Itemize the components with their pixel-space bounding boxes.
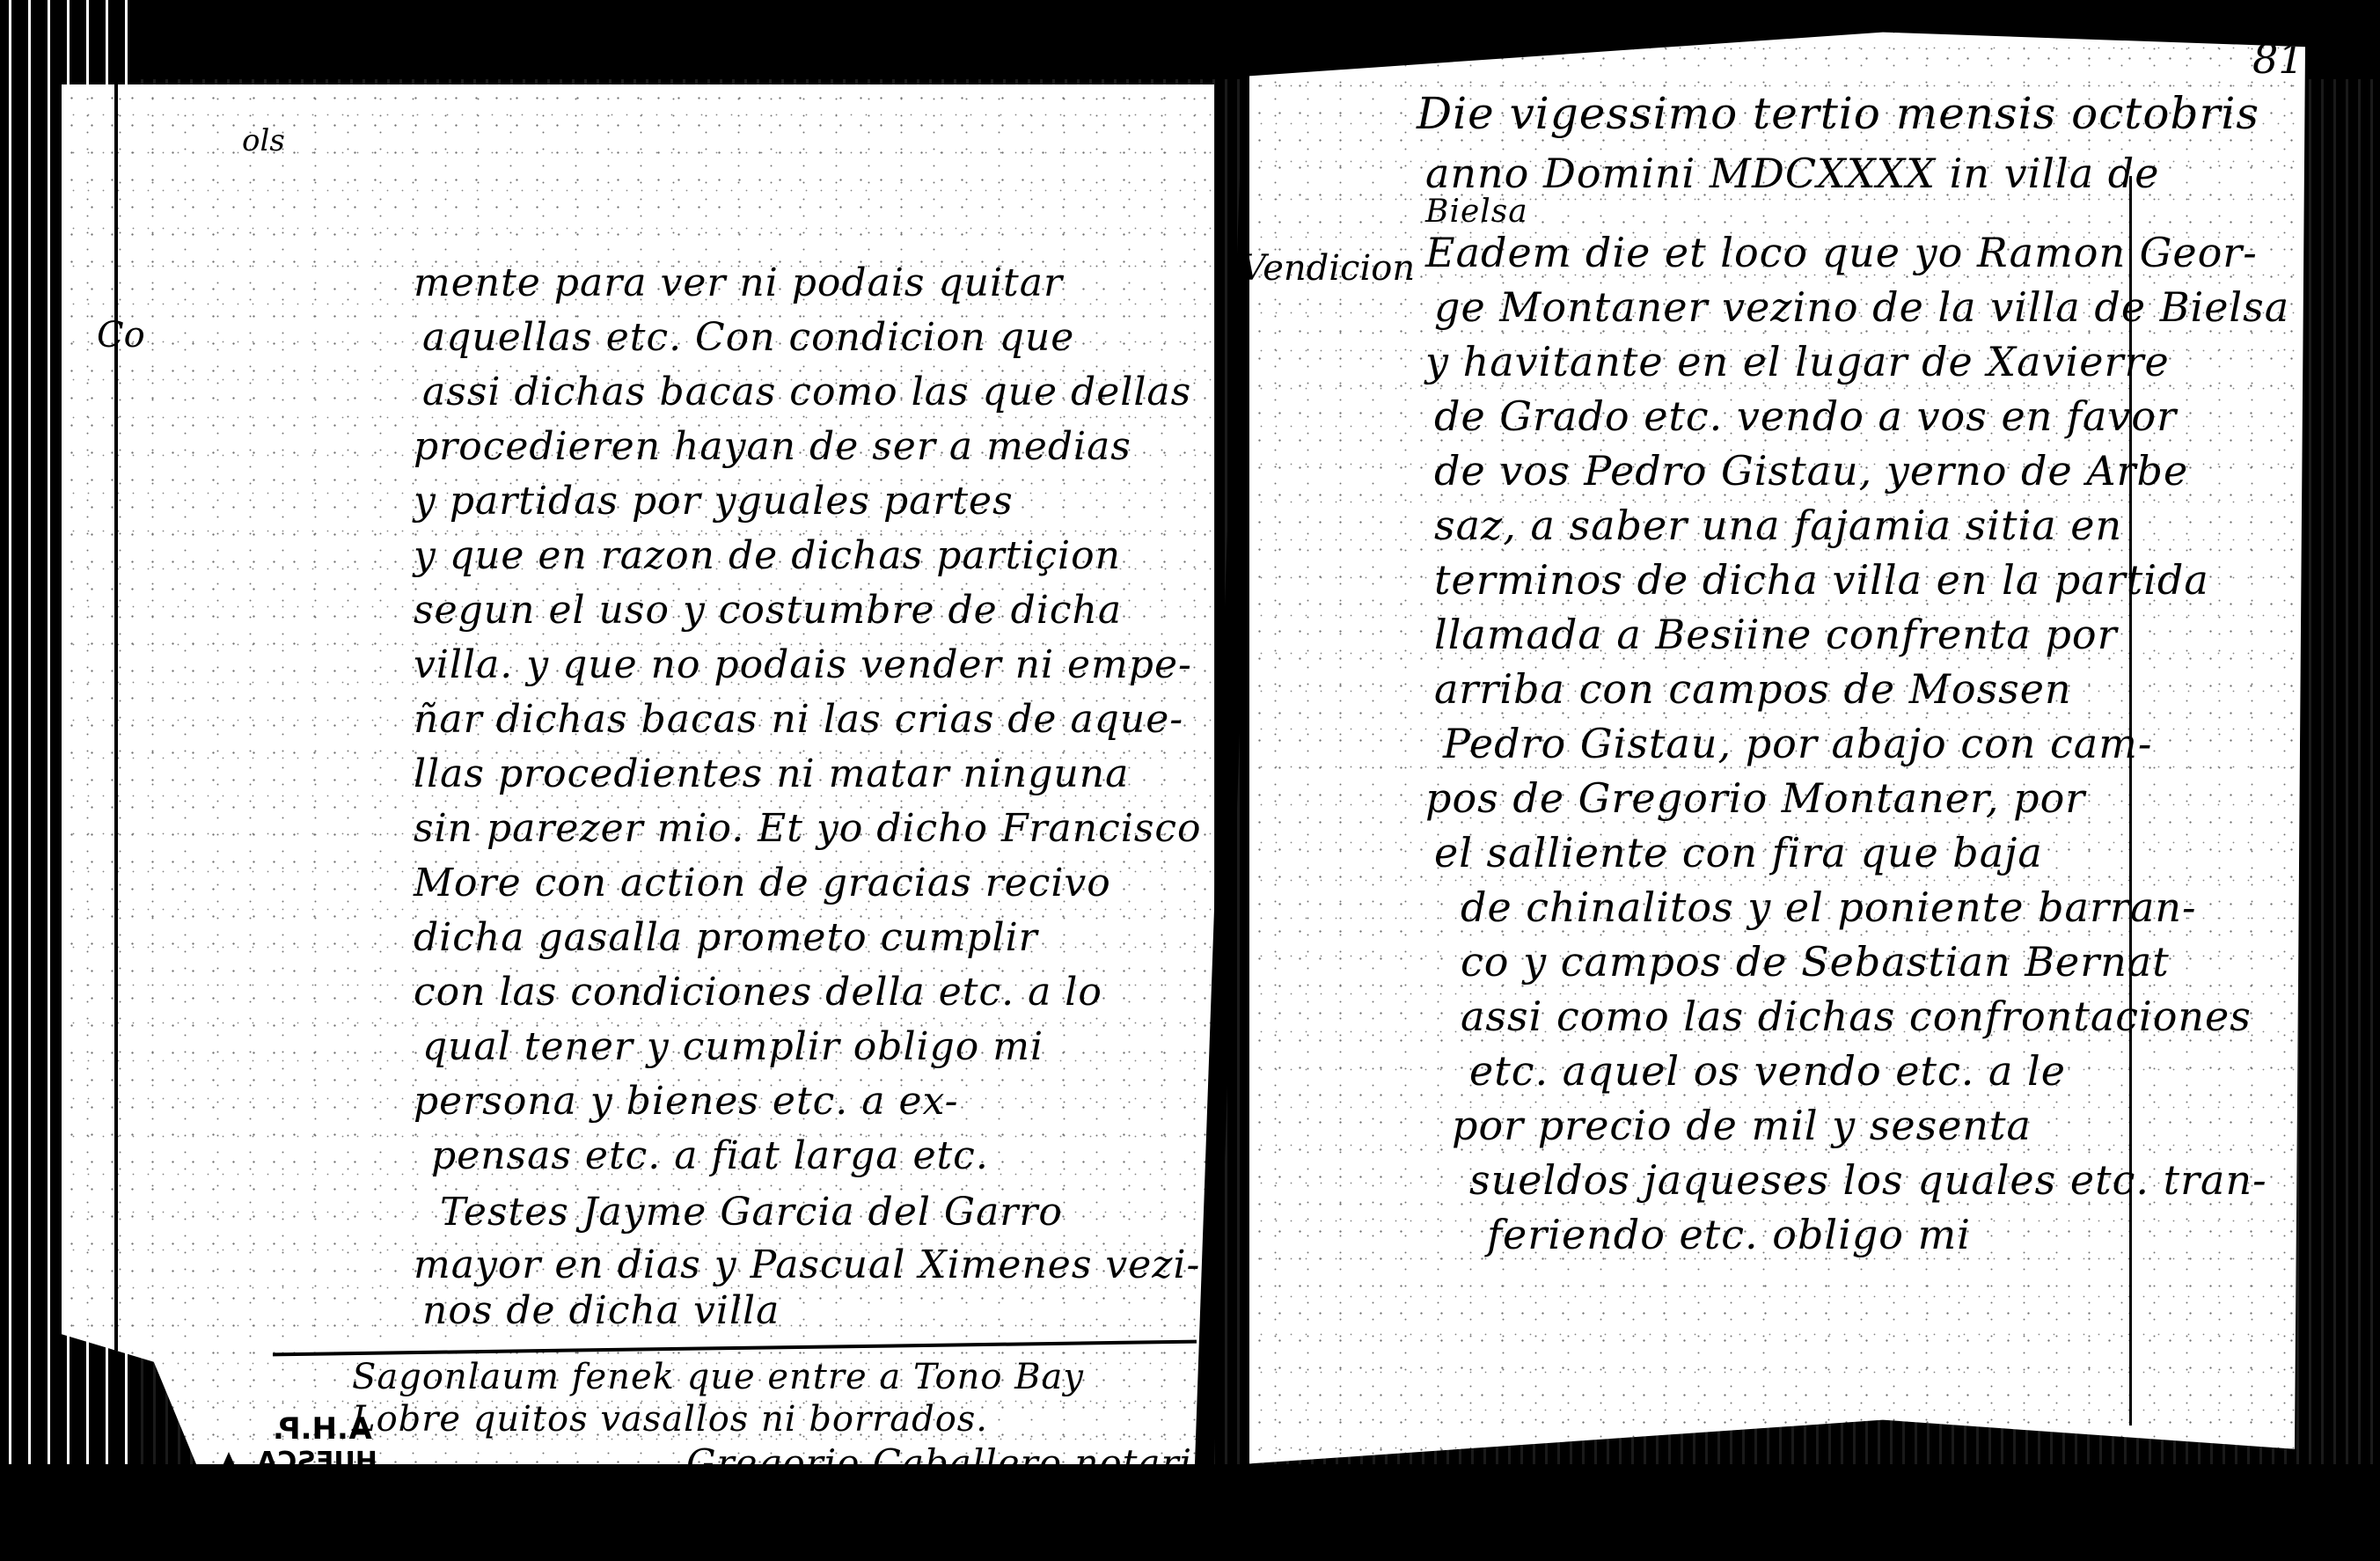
text-line: feriendo etc. obligo mi	[1487, 1211, 1971, 1258]
text-line: Die vigessimo tertio mensis octobris	[1417, 88, 2259, 139]
text-line: pos de Gregorio Montaner, por	[1425, 774, 2085, 822]
text-line: dicha gasalla prometo cumplir	[414, 915, 1038, 960]
section-divider-rule	[273, 1340, 1197, 1357]
text-line: por precio de mil y sesenta	[1452, 1102, 2032, 1149]
text-line: etc. aquel os vendo etc. a le	[1469, 1047, 2066, 1095]
bottom-dark-border	[0, 1464, 2380, 1561]
text-line: qual tener y cumplir obligo mi	[422, 1024, 1044, 1069]
text-line: sin parezer mio. Et yo dicho Francisco	[414, 806, 1202, 851]
text-line: ge Montaner vezino de la villa de Bielsa	[1434, 283, 2289, 331]
archive-stamp-line1: A.H.P.	[273, 1411, 372, 1447]
text-line: mayor en dias y Pascual Ximenes vezi-	[414, 1242, 1200, 1287]
left-page-header-mark: ols	[242, 123, 285, 158]
text-line: de vos Pedro Gistau, yerno de Arbe	[1434, 447, 2188, 495]
text-line: persona y bienes etc. a ex-	[414, 1079, 958, 1124]
text-line: More con action de gracias recivo	[414, 861, 1111, 905]
text-line: y havitante en el lugar de Xavierre	[1425, 338, 2170, 385]
text-line: villa. y que no podais vender ni empe-	[414, 642, 1192, 687]
left-page-margin-rule	[114, 84, 118, 1473]
text-line: Pedro Gistau, por abajo con cam-	[1443, 720, 2152, 767]
postscript-line: Lobre quitos vasallos ni borrados.	[352, 1399, 988, 1440]
text-line: arriba con campos de Mossen	[1434, 665, 2072, 713]
text-line: segun el uso y costumbre de dicha	[414, 588, 1122, 633]
text-line: de chinalitos y el poniente barran-	[1461, 883, 2197, 931]
text-line: mente para ver ni podais quitar	[414, 260, 1063, 305]
text-line: pensas etc. a fiat larga etc.	[431, 1133, 989, 1178]
text-line: y partidas por yguales partes	[414, 479, 1014, 524]
text-line: llamada a Besiine confrenta por	[1434, 611, 2118, 658]
text-line: procedieren hayan de ser a medias	[414, 424, 1131, 469]
text-line: y que en razon de dichas partiçion	[414, 533, 1121, 578]
text-line: anno Domini MDCXXXX in villa de	[1425, 150, 2159, 197]
text-line: llas procedientes ni matar ninguna	[414, 751, 1129, 796]
text-line: Testes Jayme Garcia del Garro	[440, 1190, 1063, 1235]
text-line: terminos de dicha villa en la partida	[1434, 556, 2209, 604]
text-line: aquellas etc. Con condicion que	[422, 315, 1074, 360]
right-margin-note: Vendicion	[1249, 248, 1415, 289]
text-line: nos de dicha villa	[422, 1288, 780, 1333]
text-line: sueldos jaqueses los quales etc. tran-	[1469, 1156, 2267, 1204]
text-line: assi dichas bacas como las que dellas	[422, 370, 1191, 414]
text-line: el salliente con fira que baja	[1434, 829, 2043, 876]
left-margin-note: Co	[97, 315, 145, 355]
text-line: de Grado etc. vendo a vos en favor	[1434, 392, 2177, 440]
text-line: Eadem die et loco que yo Ramon Geor-	[1425, 229, 2258, 276]
postscript-line: Sagonlaum fenek que entre a Tono Bay	[352, 1357, 1084, 1397]
text-line: ñar dichas bacas ni las crias de aque-	[414, 697, 1183, 742]
text-line: con las condiciones della etc. a lo	[414, 970, 1102, 1015]
text-line: saz, a saber una fajamia sitia en	[1434, 502, 2122, 549]
text-line: assi como las dichas confrontaciones	[1461, 993, 2252, 1040]
left-page: ols Co mente para ver ni podais quitar a…	[62, 84, 1214, 1473]
text-line: co y campos de Sebastian Bernat	[1461, 938, 2170, 986]
right-page: 81 Vendicion Die vigessimo tertio mensis…	[1249, 18, 2305, 1478]
text-line: Bielsa	[1425, 194, 1528, 230]
